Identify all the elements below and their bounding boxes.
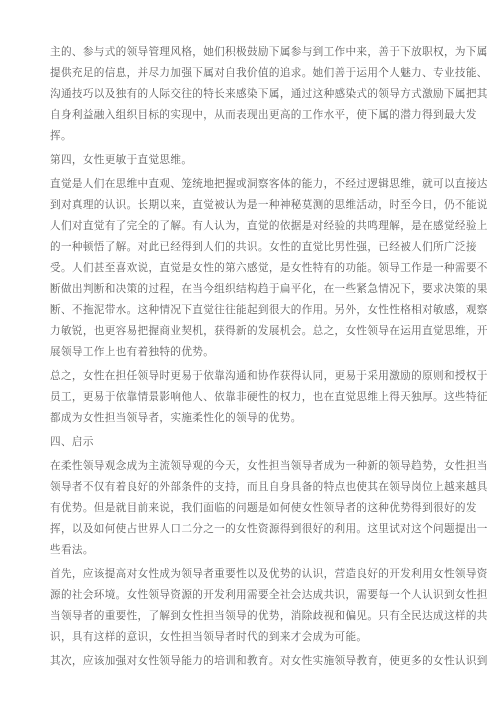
paragraph-first-suggestion: 首先，应该提高对女性成为领导者重要性以及优势的认识，营造良好的开发利用女性领导资… [50, 564, 452, 648]
heading-text: 四、启示 [50, 432, 452, 453]
text-line: 识，具有这样的意识，女性担当领导者时代的到来才会成为可能。 [50, 627, 452, 648]
text-line: 有优势。但是就目前来说，我们面临的问题是如何使女性领导者的这种优势得到很好的发 [50, 498, 452, 519]
text-line: 都成为女性担当领导者，实施柔性化的领导的优势。 [50, 408, 452, 429]
text-line: 人们对直觉有了完全的了解。有人认为，直觉的依据是对经验的共鸣理解，是在感觉经验上 [50, 216, 452, 237]
paragraph-leadership-style: 主的、参与式的领导管理风格，她们积极鼓励下属参与到工作中来，善于下放职权，为下属… [50, 42, 452, 147]
text-line: 到对真理的认识。长期以来，直觉被认为是一种神秘莫测的思维活动，时至今日，仍不能说 [50, 195, 452, 216]
text-line: 员工，更易于依靠情景影响他人、依靠非硬性的权力，也在直觉思维上得天独厚。这些特征 [50, 387, 452, 408]
text-line: 首先，应该提高对女性成为领导者重要性以及优势的认识，营造良好的开发利用女性领导资 [50, 564, 452, 585]
text-line: 展领导工作上也有着独特的优势。 [50, 342, 452, 363]
text-line: 总之，女性在担任领导时更易于依靠沟通和协作获得认同，更易于采用激励的原则和授权于 [50, 366, 452, 387]
text-line: 沟通技巧以及独有的人际交往的特长来感染下属，通过这种感染式的领导方式激励下属把其 [50, 84, 452, 105]
text-line: 领导者不仅有着良好的外部条件的支持，而且自身具备的特点也使其在领导岗位上越来越具 [50, 477, 452, 498]
heading-text: 第四，女性更敏于直觉思维。 [50, 150, 452, 171]
text-line: 些看法。 [50, 540, 452, 561]
text-line: 其次，应该加强对女性领导能力的培训和教育。对女性实施领导教育，使更多的女性认识到 [50, 651, 452, 672]
document-page: 主的、参与式的领导管理风格，她们积极鼓励下属参与到工作中来，善于下放职权，为下属… [50, 42, 452, 675]
paragraph-intuition: 直觉是人们在思维中直观、笼统地把握或洞察客体的能力，不经过逻辑思维，就可以直接达… [50, 174, 452, 363]
heading-fourth-point: 第四，女性更敏于直觉思维。 [50, 150, 452, 171]
text-line: 直觉是人们在思维中直观、笼统地把握或洞察客体的能力，不经过逻辑思维，就可以直接达 [50, 174, 452, 195]
paragraph-inspiration: 在柔性领导观念成为主流领导观的今天，女性担当领导者成为一种新的领导趋势，女性担当… [50, 456, 452, 561]
heading-section-four: 四、启示 [50, 432, 452, 453]
paragraph-summary: 总之，女性在担任领导时更易于依靠沟通和协作获得认同，更易于采用激励的原则和授权于… [50, 366, 452, 429]
text-line: 主的、参与式的领导管理风格，她们积极鼓励下属参与到工作中来，善于下放职权，为下属 [50, 42, 452, 63]
text-line: 断做出判断和决策的过程，在当今组织结构趋于扁平化，在一些紧急情况下，要求决策的果 [50, 279, 452, 300]
text-line: 的一种顿悟了解。对此已经得到人们的共识。女性的直觉比男性强，已经被人们所广泛接 [50, 237, 452, 258]
paragraph-second-suggestion: 其次，应该加强对女性领导能力的培训和教育。对女性实施领导教育，使更多的女性认识到 [50, 651, 452, 672]
text-line: 挥，以及如何使占世界人口二分之一的女性资源得到很好的利用。这里试对这个问题提出一 [50, 519, 452, 540]
text-line: 自身利益融入组织目标的实现中，从而表现出更高的工作水平，使下属的潜力得到最大发 [50, 105, 452, 126]
text-line: 源的社会环境。女性领导资源的开发利用需要全社会达成共识，需要每一个人认识到女性担 [50, 585, 452, 606]
text-line: 当领导者的重要性，了解到女性担当领导的优势，消除歧视和偏见。只有全民达成这样的共 [50, 606, 452, 627]
text-line: 在柔性领导观念成为主流领导观的今天，女性担当领导者成为一种新的领导趋势，女性担当 [50, 456, 452, 477]
text-line: 断、不拖泥带水。这种情况下直觉往往能起到很大的作用。另外，女性性格相对敏感，观察 [50, 300, 452, 321]
text-line: 挥。 [50, 126, 452, 147]
text-line: 力敏锐，也更容易把握商业契机，获得新的发展机会。总之，女性领导在运用直觉思维，开 [50, 321, 452, 342]
text-line: 受。人们甚至喜欢说，直觉是女性的第六感觉，是女性特有的功能。领导工作是一种需要不 [50, 258, 452, 279]
text-line: 提供充足的信息，并尽力加强下属对自我价值的追求。她们善于运用个人魅力、专业技能、 [50, 63, 452, 84]
